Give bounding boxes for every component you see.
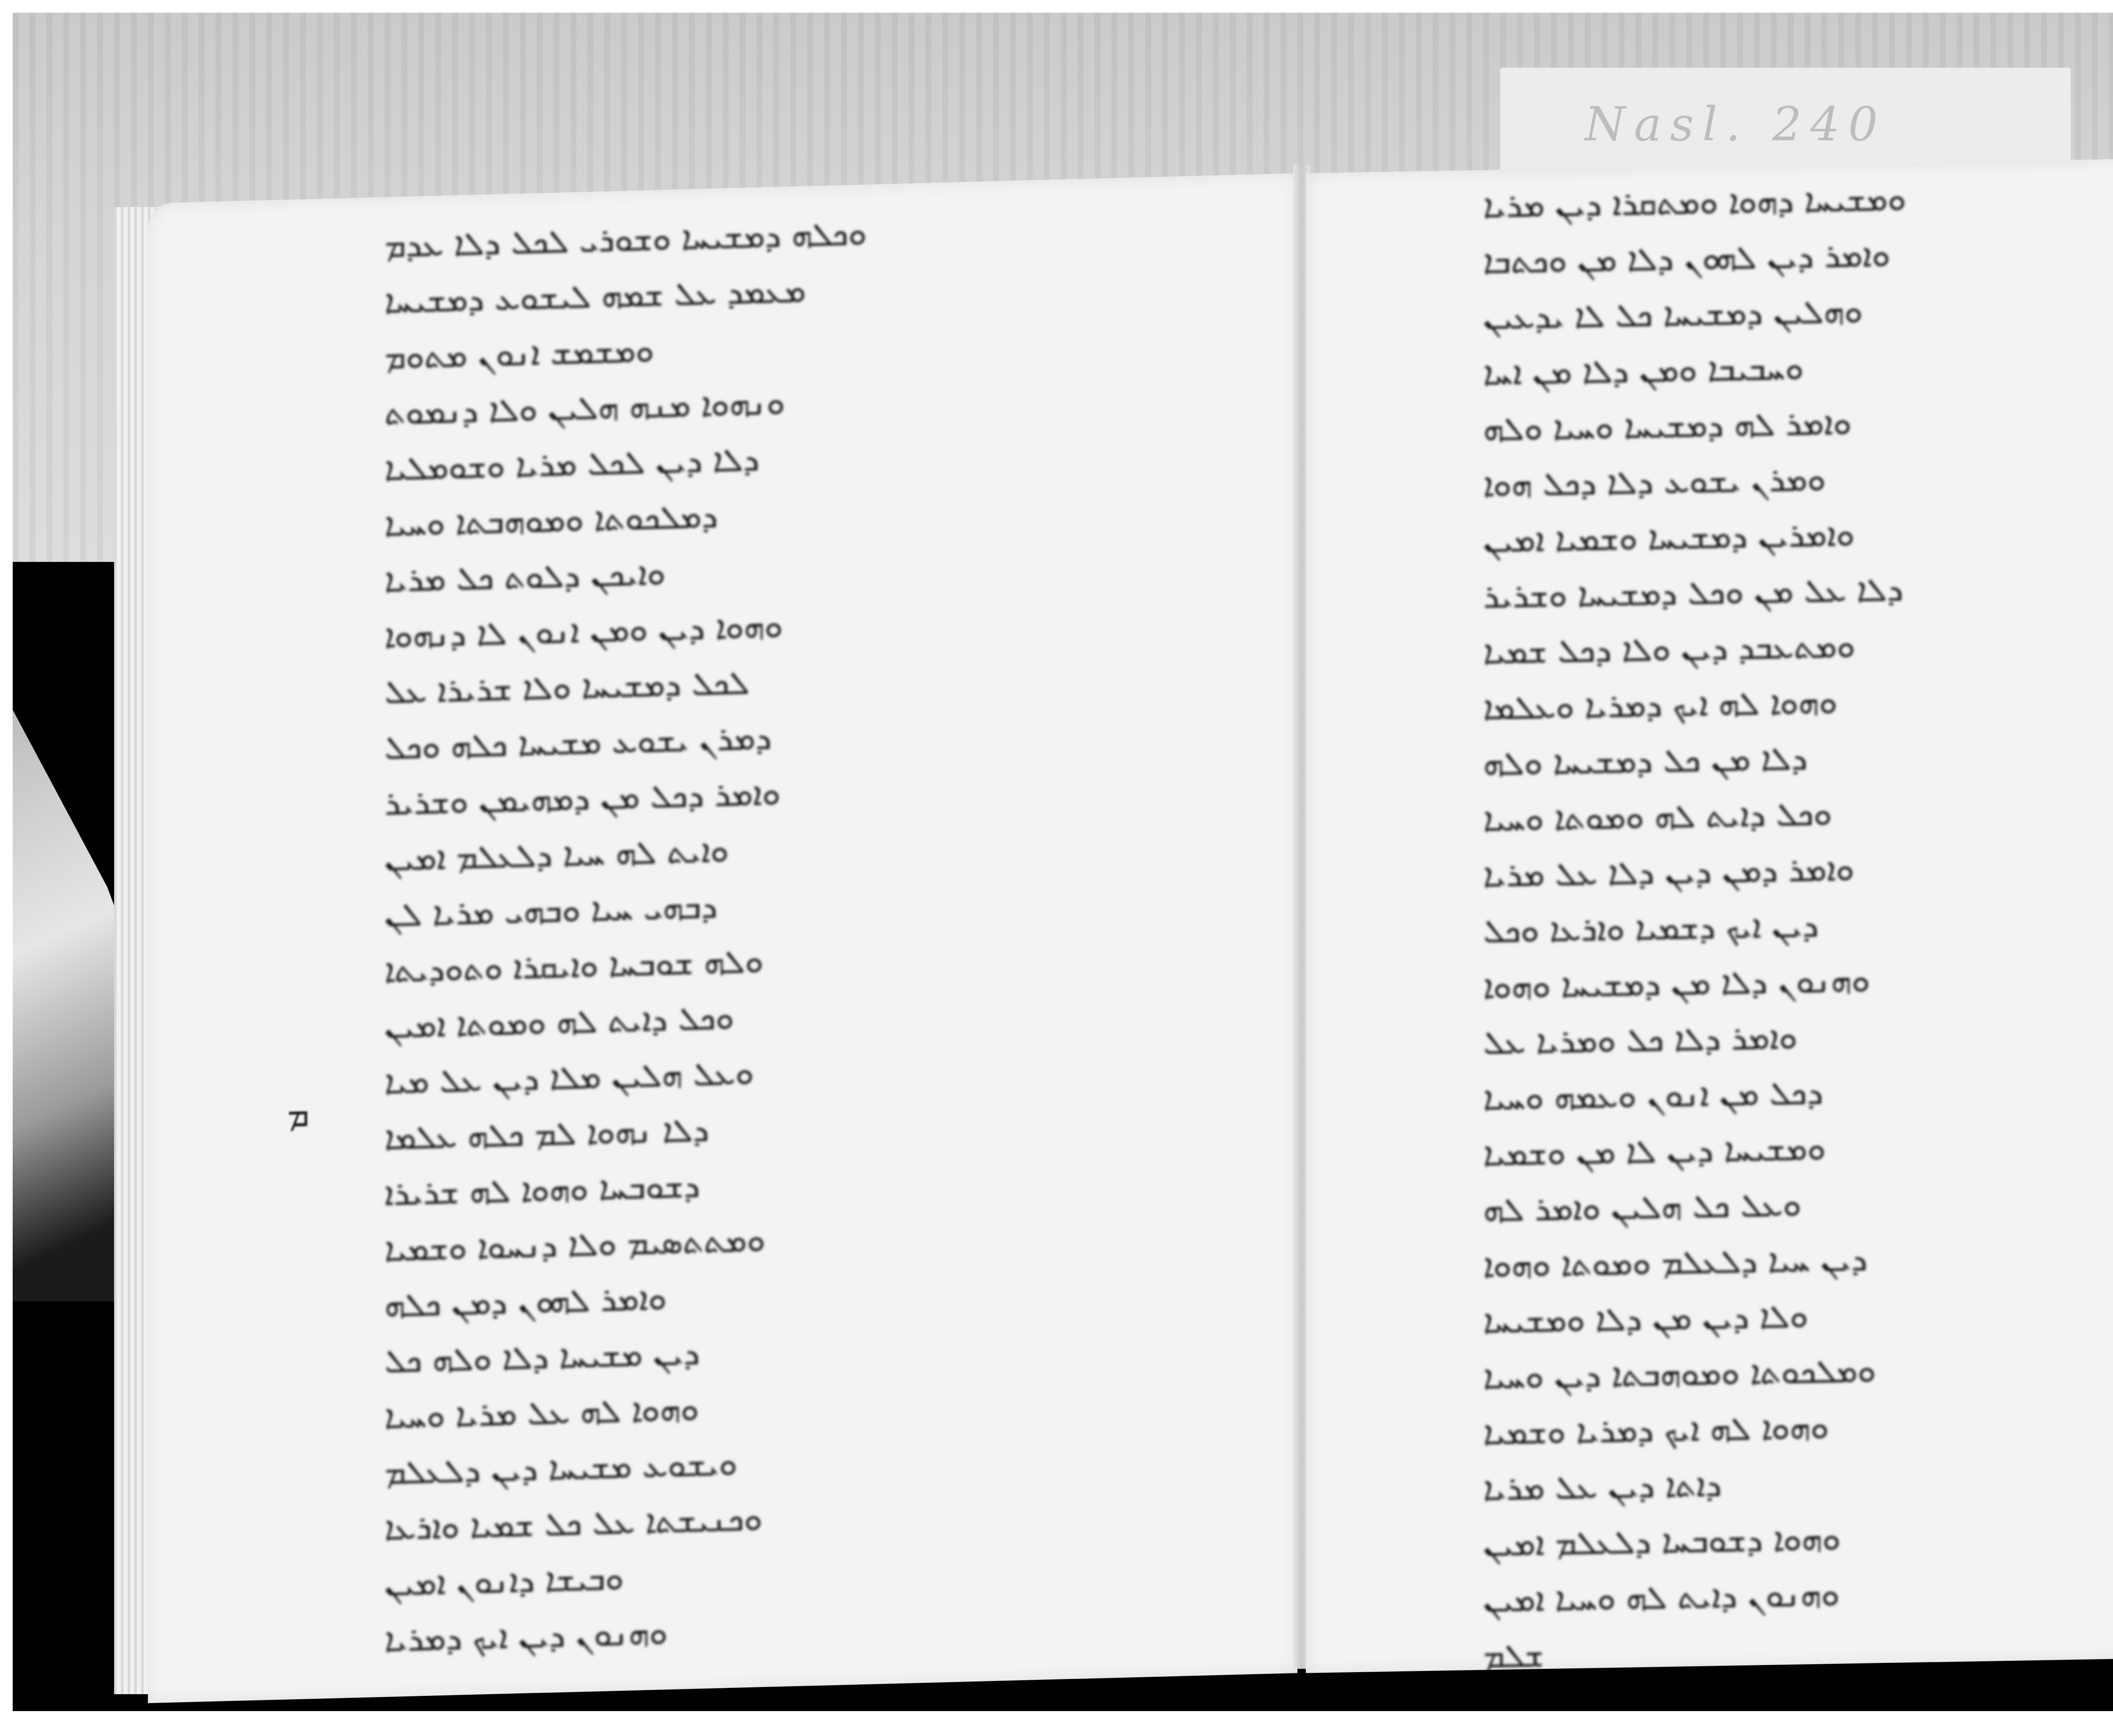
shelf-label-text: Nasl. 240: [1585, 97, 1886, 151]
right-page: ܠܐ ܘܡܫܝܚܐ ܕܗܘܐ ܘܡܬܩܪܐ ܕܝܢ ܡܪܝܐܘܐܡܪ ܕܝܢ ܠ…: [1306, 154, 2113, 1673]
right-text-block: ܘܡܫܝܚܐ ܕܗܘܐ ܘܡܬܩܪܐ ܕܝܢ ܡܪܝܐܘܐܡܪ ܕܝܢ ܠܗܘܢ…: [1483, 165, 2113, 1684]
open-codex: ܡ ܘܟܠܗ ܕܡܫܝܚܐ ܘܫܘܪܝ ܠܟܠ ܕܠܐ ܥܕܡܡܥܡܕ ܥܠ ܫ…: [114, 173, 2113, 1711]
manuscript-photo: Nasl. 240 ܡ ܘܟܠܗ ܕܡܫܝܚܐ ܘܫܘܪܝ ܠܟܠ ܕܠܐ ܥܕ…: [13, 13, 2113, 1711]
margin-note: ܡ: [287, 1095, 309, 1135]
manuscript-line: ܘܡܫܝܚܐ ܕܗܘܐ ܘܡܬܩܪܐ ܕܝܢ ܡܪܝܐ: [1483, 165, 2113, 234]
left-page: ܡ ܘܟܠܗ ܕܡܫܝܚܐ ܘܫܘܪܝ ܠܟܠ ܕܠܐ ܥܕܡܡܥܡܕ ܥܠ ܫ…: [148, 173, 1297, 1703]
left-text-block: ܘܟܠܗ ܕܡܫܝܚܐ ܘܫܘܪܝ ܠܟܠ ܕܠܐ ܥܕܡܡܥܡܕ ܥܠ ܫܡܗ…: [385, 197, 1188, 1668]
